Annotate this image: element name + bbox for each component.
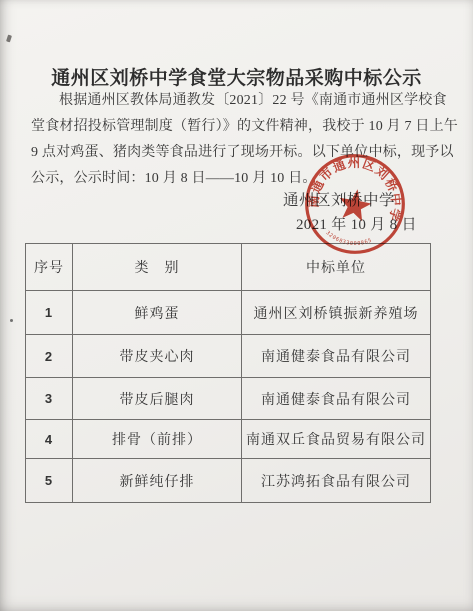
cell-winner: 南通健泰食品有限公司: [242, 335, 431, 378]
bid-results-table: 序号 类 别 中标单位 1 鲜鸡蛋 通州区刘桥镇振新养殖场 2 带皮夹心肉 南通…: [25, 243, 431, 503]
header-category: 类 别: [73, 244, 242, 291]
table-row: 2 带皮夹心肉 南通健泰食品有限公司: [26, 335, 431, 378]
cell-category: 带皮夹心肉: [73, 335, 242, 378]
cell-category: 鲜鸡蛋: [73, 291, 242, 335]
table-row: 5 新鲜纯仔排 江苏鸿拓食品有限公司: [26, 459, 431, 503]
document-page: 通州区刘桥中学食堂大宗物品采购中标公示 根据通州区教体局通教发〔2021〕22 …: [0, 0, 473, 611]
header-winner: 中标单位: [242, 244, 431, 291]
cell-winner: 通州区刘桥镇振新养殖场: [242, 291, 431, 335]
table-header-row: 序号 类 别 中标单位: [26, 244, 431, 291]
cell-category: 带皮后腿肉: [73, 378, 242, 420]
cell-seq: 5: [26, 459, 73, 503]
cell-winner: 南通双丘食品贸易有限公司: [242, 420, 431, 459]
body-line: 根据通州区教体局通教发〔2021〕22 号《南通市通州区学校食: [31, 88, 445, 114]
table-row: 3 带皮后腿肉 南通健泰食品有限公司: [26, 378, 431, 420]
body-paragraph: 根据通州区教体局通教发〔2021〕22 号《南通市通州区学校食 堂食材招投标管理…: [31, 88, 445, 192]
body-line: 堂食材招投标管理制度（暂行）》的文件精神，我校于 10 月 7 日上午: [31, 114, 445, 140]
cell-seq: 1: [26, 291, 73, 335]
signature-org: 通州区刘桥中学: [283, 188, 395, 210]
cell-seq: 2: [26, 335, 73, 378]
scan-artifact-mark: [6, 35, 12, 43]
table-row: 4 排骨（前排） 南通双丘食品贸易有限公司: [26, 420, 431, 459]
cell-category: 新鲜纯仔排: [73, 459, 242, 503]
scanned-document: { "document": { "title": "通州区刘桥中学食堂大宗物品采…: [0, 0, 473, 611]
cell-winner: 南通健泰食品有限公司: [242, 378, 431, 420]
body-line: 9 点对鸡蛋、猪肉类等食品进行了现场开标。以下单位中标，现予以: [31, 140, 445, 166]
scan-artifact-dot: [10, 319, 13, 322]
cell-winner: 江苏鸿拓食品有限公司: [242, 459, 431, 503]
table-row: 1 鲜鸡蛋 通州区刘桥镇振新养殖场: [26, 291, 431, 335]
cell-seq: 4: [26, 420, 73, 459]
cell-seq: 3: [26, 378, 73, 420]
header-seq: 序号: [26, 244, 73, 291]
cell-category: 排骨（前排）: [73, 420, 242, 459]
document-title: 通州区刘桥中学食堂大宗物品采购中标公示: [0, 63, 473, 90]
signature-date: 2021 年 10 月 8 日: [296, 213, 417, 234]
